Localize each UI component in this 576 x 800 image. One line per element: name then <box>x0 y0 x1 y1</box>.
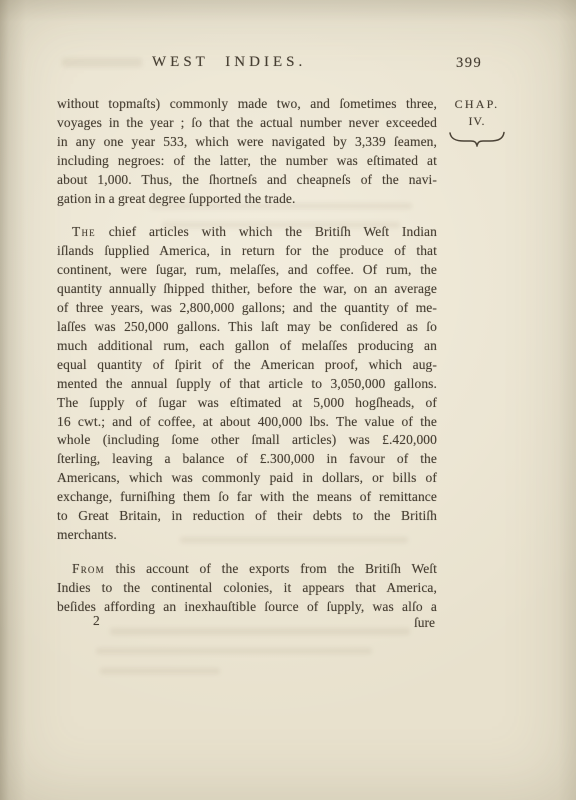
text-line: Americans, which was commonly paid in do… <box>57 469 437 488</box>
text-line: ſterling, leaving a balance of £.300,000… <box>57 450 437 469</box>
text-line: equal quantity of ſpirit of the American… <box>57 356 437 375</box>
text-block: without topmaſts) commonly made two, and… <box>57 95 437 617</box>
text-line: iſlands ſupplied America, in return for … <box>57 242 437 261</box>
signature-mark: 2 <box>93 613 100 629</box>
text-line: in any one year 533, which were navigate… <box>57 133 437 152</box>
show-through-mark <box>96 648 372 654</box>
text-line: gation in a great degree ſupported the t… <box>57 190 437 209</box>
text-line: merchants. <box>57 526 437 545</box>
text-line: without topmaſts) commonly made two, and… <box>57 95 437 114</box>
paragraph-lead-word: The <box>72 224 96 239</box>
text-line: mented the annual ſupply of that article… <box>57 375 437 394</box>
catchword: ſure <box>414 615 435 631</box>
text-line: to Great Britain, in reduction of their … <box>57 507 437 526</box>
page-footer: 2 ſure <box>57 613 437 633</box>
text-line: The ſupply of ſugar was eſtimated at 5,0… <box>57 394 437 413</box>
text-line: of three years, was 2,800,000 gallons; a… <box>57 299 437 318</box>
paragraph-lead-word: From <box>72 561 105 576</box>
text-line: The chief articles with which the Britiſ… <box>57 223 437 242</box>
paragraph: The chief articles with which the Britiſ… <box>57 223 437 544</box>
page-number: 399 <box>456 55 482 72</box>
text-line: voyages in the year ; ſo that the actual… <box>57 114 437 133</box>
text-line: laſſes was 250,000 gallons. This laſt ma… <box>57 318 437 337</box>
chapter-side-note: CHAP. IV. <box>445 97 509 147</box>
paragraph: without topmaſts) commonly made two, and… <box>57 95 437 208</box>
text-line: continent, were ſugar, rum, melaſſes, an… <box>57 261 437 280</box>
show-through-mark <box>62 58 142 67</box>
chapter-label: CHAP. <box>445 97 509 112</box>
text-line: Indies to the continental colonies, it a… <box>57 579 437 598</box>
text-line: exchange, furniſhing them ſo far with th… <box>57 488 437 507</box>
text-line: whole (including ſome other ſmall articl… <box>57 431 437 450</box>
text-line: 16 cwt.; and of coffee, at about 400,000… <box>57 413 437 432</box>
text-line: including negroes: of the latter, the nu… <box>57 152 437 171</box>
text-line: about 1,000. Thus, the ſhortneſs and che… <box>57 171 437 190</box>
book-page: WEST INDIES. 399 without topmaſts) commo… <box>0 0 576 800</box>
text-line: quantity annually ſhipped thither, befor… <box>57 280 437 299</box>
chapter-number: IV. <box>445 114 509 129</box>
chapter-flourish-icon <box>448 130 506 147</box>
paragraph: From this account of the exports from th… <box>57 560 437 617</box>
text-line: From this account of the exports from th… <box>57 560 437 579</box>
text-line: much additional rum, each gallon of mela… <box>57 337 437 356</box>
running-header: WEST INDIES. <box>152 54 306 71</box>
show-through-mark <box>100 668 220 674</box>
